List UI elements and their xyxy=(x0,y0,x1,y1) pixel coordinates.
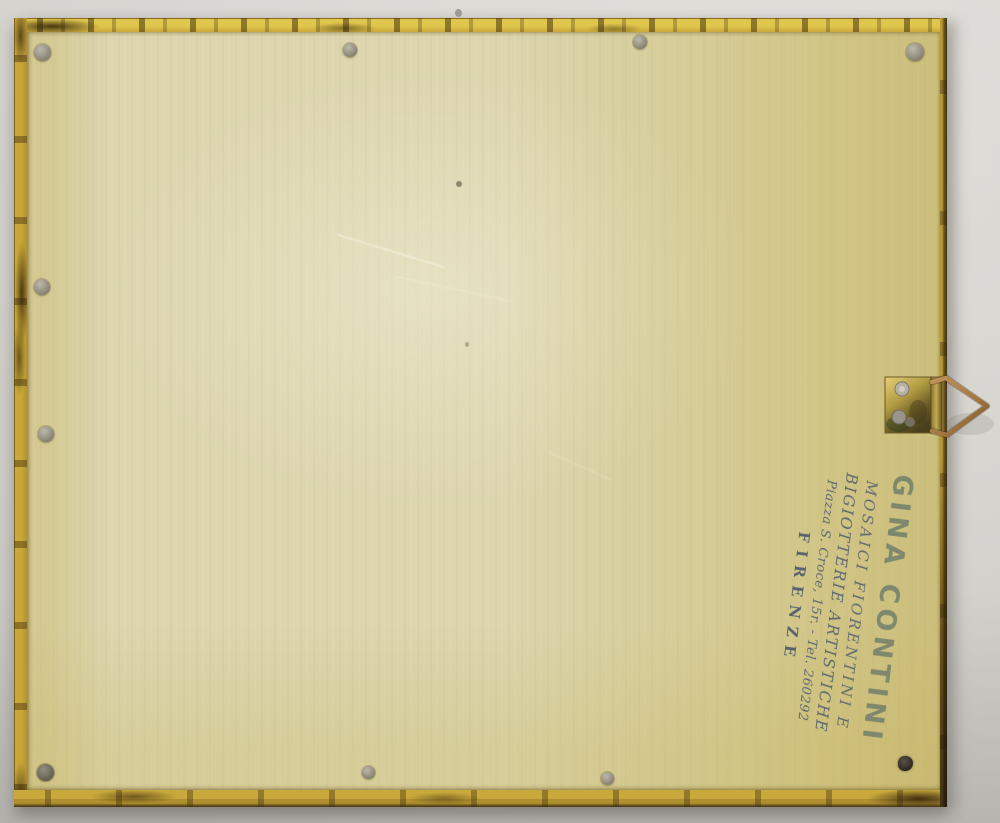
frame-edge-bottom xyxy=(14,790,947,807)
nail-head xyxy=(34,44,51,61)
nail-head xyxy=(898,756,913,771)
hanger-plate-fold xyxy=(931,377,942,433)
frame-edge-top xyxy=(14,18,947,32)
nail-head xyxy=(37,764,54,781)
hanger-bracket xyxy=(872,360,1000,452)
nail-head xyxy=(362,766,375,779)
nail-head xyxy=(343,43,357,57)
nail-head xyxy=(38,426,54,442)
dust-speck xyxy=(455,9,462,17)
nail-head xyxy=(601,772,614,785)
hanger-screw-bottom-2 xyxy=(905,417,915,427)
dust-speck xyxy=(465,342,469,347)
nail-head xyxy=(906,43,924,61)
screw-highlight xyxy=(899,386,905,392)
dust-speck xyxy=(456,181,462,187)
frame-edge-left xyxy=(14,18,27,807)
photo-background: GINA CONTINI MOSAICI FIORENTINI E BIGIOT… xyxy=(0,0,1000,823)
nail-head xyxy=(34,279,50,295)
nail-head xyxy=(633,35,647,49)
hanger-screw-bottom xyxy=(892,410,906,424)
